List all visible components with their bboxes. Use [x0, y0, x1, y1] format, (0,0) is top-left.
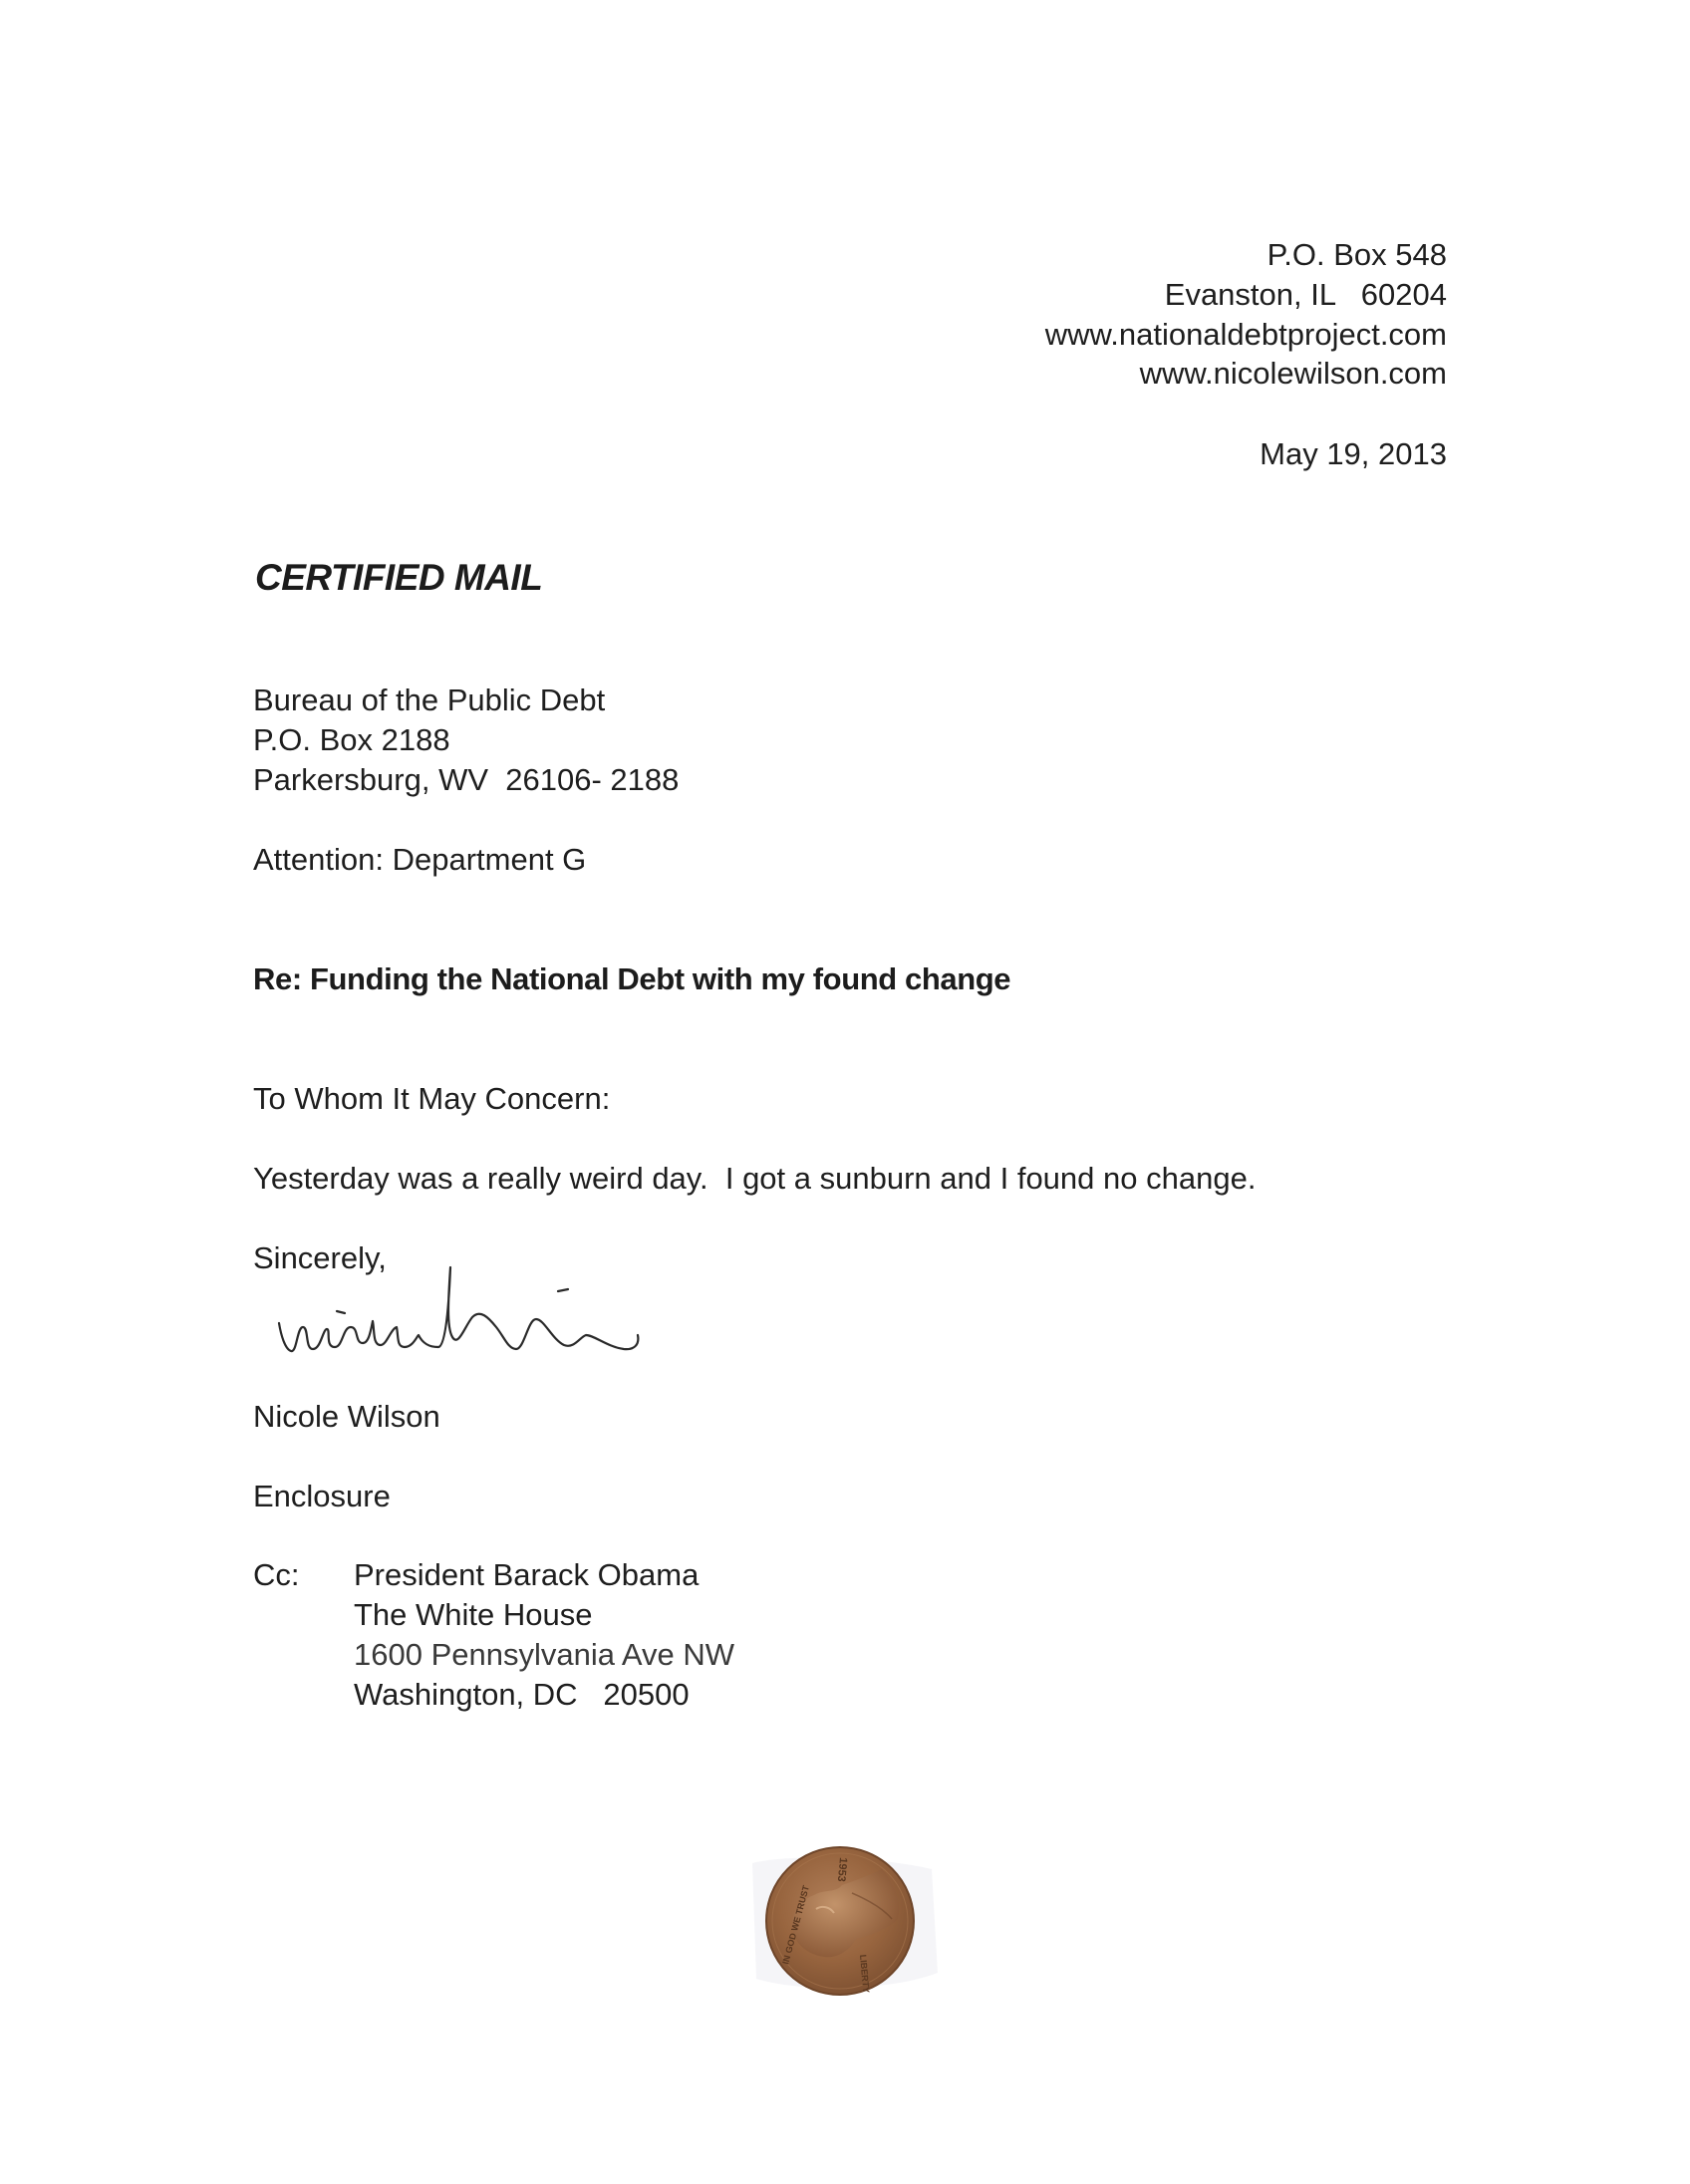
cc-street-address: 1600 Pennsylvania Ave NW — [354, 1639, 734, 1670]
letter-date: May 19, 2013 — [1260, 438, 1447, 469]
letter-page: P.O. Box 548 Evanston, IL 60204 www.nati… — [0, 0, 1690, 2184]
sender-city-state-zip: Evanston, IL 60204 — [1165, 279, 1447, 310]
cc-recipient-name: President Barack Obama — [354, 1559, 699, 1590]
enclosure-label: Enclosure — [253, 1481, 391, 1511]
recipient-name: Bureau of the Public Debt — [253, 684, 605, 715]
attention-line: Attention: Department G — [253, 844, 586, 875]
cc-city-state-zip: Washington, DC 20500 — [354, 1679, 690, 1710]
recipient-city-state-zip: Parkersburg, WV 26106- 2188 — [253, 764, 679, 795]
coin-year: 1953 — [835, 1857, 849, 1882]
cc-recipient-org: The White House — [354, 1599, 593, 1630]
mail-type-heading: CERTIFIED MAIL — [255, 559, 542, 596]
letter-body: Yesterday was a really weird day. I got … — [253, 1163, 1256, 1194]
penny-coin-icon: IN GOD WE TRUST LIBERTY 1953 — [732, 1823, 952, 2023]
sender-website-link: www.nationaldebtproject.com — [1045, 319, 1447, 350]
sender-po-box: P.O. Box 548 — [1267, 239, 1447, 270]
subject-line: Re: Funding the National Debt with my fo… — [253, 963, 1010, 994]
sender-personal-website-link: www.nicolewilson.com — [1140, 358, 1447, 389]
salutation: To Whom It May Concern: — [253, 1083, 610, 1114]
recipient-po-box: P.O. Box 2188 — [253, 724, 450, 755]
cc-label: Cc: — [253, 1559, 300, 1590]
signer-name: Nicole Wilson — [253, 1401, 440, 1432]
signature-icon — [269, 1257, 648, 1367]
